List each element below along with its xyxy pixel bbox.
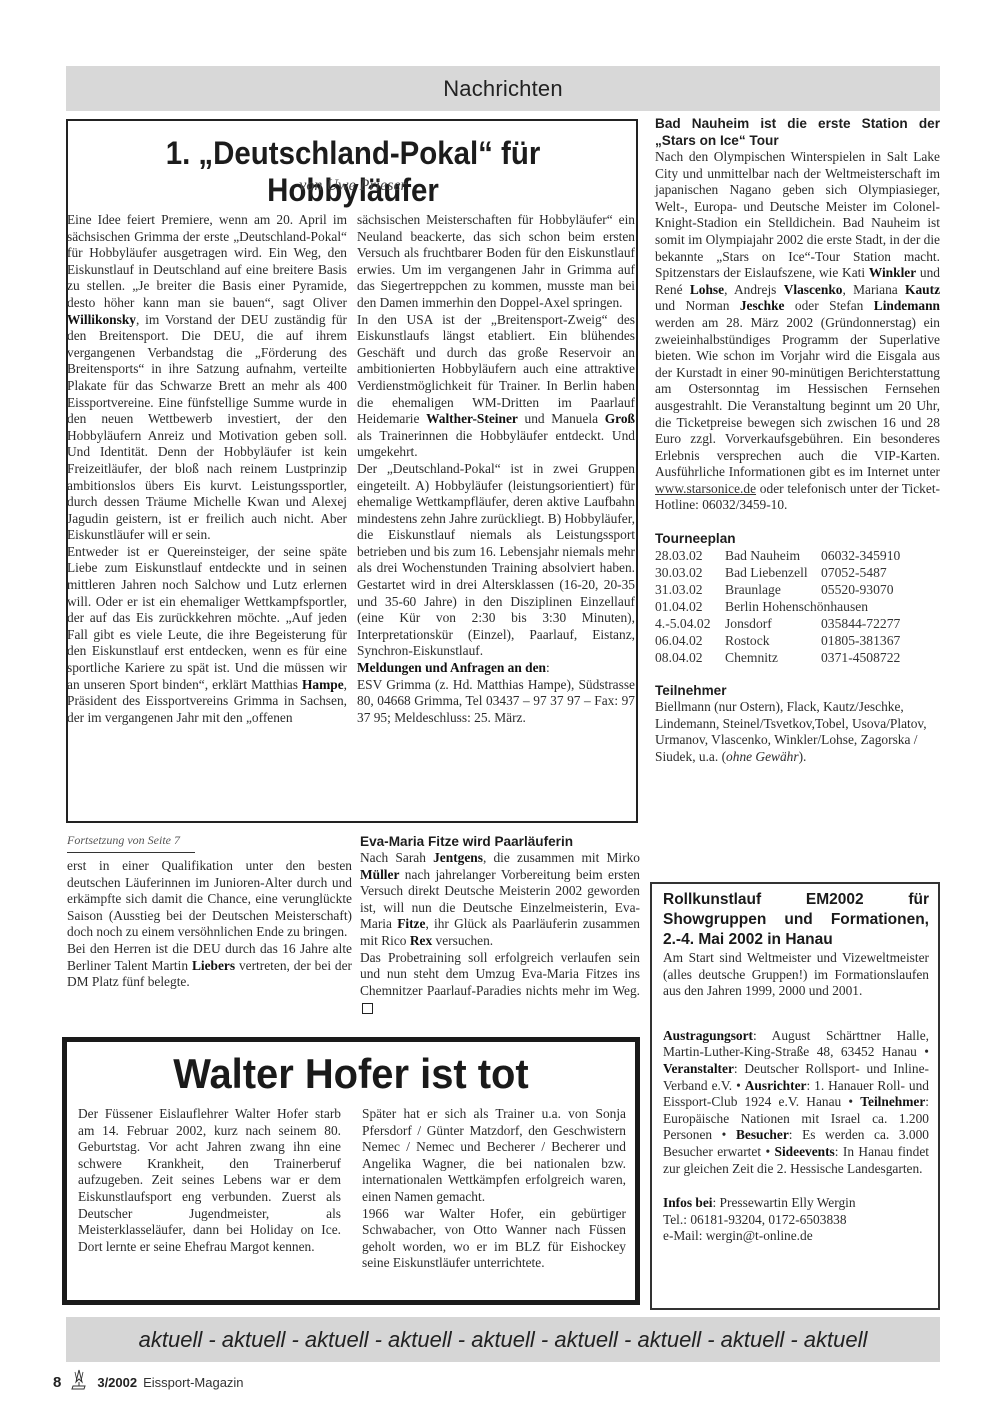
contact-info: ESV Grimma (z. Hd. Matthias Hampe), Süds… [357, 677, 635, 727]
contact-heading: Meldungen und Anfragen an den: [357, 660, 635, 677]
bold-name: Groß [605, 411, 635, 426]
paragraph: Das Probetraining soll erfolgreich verla… [360, 950, 640, 1016]
date-cell: 4.-5.04.02 [655, 615, 725, 632]
table-row: 08.04.02Chemnitz0371-4508722 [655, 649, 900, 666]
paragraph: Nach Sarah Jentgens, die zusammen mit Mi… [360, 850, 640, 950]
text-run: versuchen. [432, 933, 493, 948]
obituary-title: Walter Hofer ist tot [82, 1050, 620, 1098]
paragraph: Später hat er sich als Trainer u.a. von … [362, 1106, 626, 1206]
paragraph: Nach den Olympischen Winterspielen in Sa… [655, 149, 940, 514]
tourneeplan-table: 28.03.02Bad Nauheim06032-345910 30.03.02… [655, 547, 900, 666]
contact-info: Infos bei: Pressewartin Elly WerginTel.:… [663, 1195, 929, 1245]
text-run: und Manuela [518, 411, 605, 426]
bold-name: Vlascenko [784, 282, 843, 297]
fitze-title: Eva-Maria Fitze wird Paarläuferin [360, 833, 640, 850]
text-run: als Trainerinnen die Hobbyläufer entdeck… [357, 428, 635, 460]
bold-name: Müller [360, 867, 399, 882]
table-row: 28.03.02Bad Nauheim06032-345910 [655, 547, 900, 564]
email-text: e-Mail: wergin@t-online.de [663, 1228, 813, 1243]
page-number: 8 [53, 1374, 61, 1391]
paragraph: Der Füssener Eislauflehrer Walter Hofer … [78, 1106, 341, 1255]
phone-cell: 01805-381367 [821, 632, 900, 649]
bold-label: Teilnehmer [860, 1094, 925, 1109]
bold-name: Walther-Steiner [426, 411, 518, 426]
phone-cell: 05520-93070 [821, 581, 900, 598]
text-run: In den USA ist der „Breitensport-Zweig“ … [357, 312, 635, 427]
table-row: 01.04.02Berlin Hohenschönhausen [655, 598, 900, 615]
date-cell: 08.04.02 [655, 649, 725, 666]
obituary-column-1: Der Füssener Eislauflehrer Walter Hofer … [78, 1106, 341, 1255]
main-article-column-2: sächsischen Meisterschaften für Hobbyläu… [357, 212, 635, 726]
skater-logo-icon [67, 1368, 91, 1397]
italic-note: ohne Gewähr [726, 749, 799, 764]
bold-name: Hampe [302, 677, 344, 692]
table-row: 30.03.02Bad Liebenzell07052-5487 [655, 564, 900, 581]
text-run: Nach den Olympischen Winterspielen in Sa… [655, 149, 940, 280]
city-cell: Bad Nauheim [725, 547, 821, 564]
text-run: , die zusammen mit Mirko [483, 850, 640, 865]
bold-label: Sideevents [775, 1144, 835, 1159]
main-article-title: 1. „Deutschland-Pokal“ für Hobbyläufer [93, 135, 614, 209]
bold-label: Austragungsort [663, 1028, 753, 1043]
bold-label: Infos bei [663, 1195, 712, 1210]
date-cell: 06.04.02 [655, 632, 725, 649]
paragraph: Bei den Herren ist die DEU durch das 16 … [67, 941, 352, 991]
magazine-name: Eissport-Magazin [143, 1375, 243, 1390]
main-article-byline: von Uwe Prieser [70, 177, 636, 195]
text-run: oder Stefan [784, 298, 873, 313]
text-run: ). [799, 749, 807, 764]
city-cell: Chemnitz [725, 649, 821, 666]
paragraph: sächsischen Meisterschaften für Hobbyläu… [357, 212, 635, 312]
phone-text: Tel.: 06181-93204, 0172-6503838 [663, 1212, 847, 1227]
city-cell: Rostock [725, 632, 821, 649]
stars-title: Bad Nauheim ist die erste Station der „S… [655, 115, 940, 149]
text-run: : Pressewartin Elly Wergin [712, 1195, 855, 1210]
bold-name: Kautz [905, 282, 940, 297]
bold-name: Rex [410, 933, 432, 948]
event-details: Austragungsort: August Schärttner Halle,… [663, 1028, 929, 1177]
rollkunstlauf-title: Rollkunstlauf EM2002 für Showgruppen und… [663, 890, 929, 950]
text-run: Entweder ist er Quereinsteiger, der sein… [67, 544, 347, 692]
text-run: Das Probetraining soll erfolgreich verla… [360, 950, 640, 998]
table-row: 31.03.02Braunlage05520-93070 [655, 581, 900, 598]
continuation-label: Fortsetzung von Seite 7 [67, 833, 180, 848]
table-row: 06.04.02Rostock01805-381367 [655, 632, 900, 649]
aktuell-banner: aktuell - aktuell - aktuell - aktuell - … [66, 1317, 940, 1362]
date-cell: 31.03.02 [655, 581, 725, 598]
paragraph: erst in einer Qualifikation unter den be… [67, 858, 352, 941]
paragraph: Am Start sind Weltmeister und Vizeweltme… [663, 950, 929, 1000]
text-run: , im Vorstand der DEU zuständig für den … [67, 312, 347, 543]
bold-name: Liebers [192, 958, 235, 973]
bold-name: Jentgens [433, 850, 483, 865]
section-header: Nachrichten [66, 66, 940, 111]
tourneeplan-title: Tourneeplan [655, 530, 940, 547]
continuation-text: erst in einer Qualifikation unter den be… [67, 858, 352, 991]
bold-name: Winkler [869, 265, 916, 280]
phone-cell: 035844-72277 [821, 615, 900, 632]
phone-cell: 0371-4508722 [821, 649, 900, 666]
obituary-column-2: Später hat er sich als Trainer u.a. von … [362, 1106, 626, 1272]
text-run: werden am 28. März 2002 (Gründonnerstag)… [655, 315, 940, 479]
paragraph: In den USA ist der „Breitensport-Zweig“ … [357, 312, 635, 461]
city-cell: Jonsdorf [725, 615, 821, 632]
date-cell: 01.04.02 [655, 598, 725, 615]
bold-name: Lohse [690, 282, 724, 297]
date-cell: 30.03.02 [655, 564, 725, 581]
paragraph: 1966 war Walter Hofer, ein gebürtiger Sc… [362, 1206, 626, 1272]
issue-number: 3/2002 [97, 1375, 137, 1390]
table-row: 4.-5.04.02Jonsdorf035844-72277 [655, 615, 900, 632]
fitze-article: Eva-Maria Fitze wird Paarläuferin Nach S… [360, 833, 640, 1016]
divider [67, 852, 195, 853]
city-cell: Braunlage [725, 581, 821, 598]
bold-label: Meldungen und Anfragen an den [357, 660, 546, 675]
text-run: , Andrejs [724, 282, 784, 297]
phone-cell: 07052-5487 [821, 564, 900, 581]
end-mark-icon [362, 1003, 373, 1014]
bold-label: Besucher [736, 1127, 789, 1142]
paragraph: Der „Deutschland-Pokal“ ist in zwei Grup… [357, 461, 635, 660]
city-cell: Berlin Hohenschönhausen [725, 598, 900, 615]
date-cell: 28.03.02 [655, 547, 725, 564]
bold-name: Fitze [397, 916, 425, 931]
teilnehmer-title: Teilnehmer [655, 682, 940, 699]
bold-label: Ausrichter [745, 1078, 807, 1093]
page-footer: 8 3/2002 Eissport-Magazin [53, 1368, 244, 1397]
text-run: Nach Sarah [360, 850, 433, 865]
teilnehmer-list: Biellmann (nur Ostern), Flack, Kautz/Jes… [655, 699, 940, 765]
bold-name: Jeschke [740, 298, 785, 313]
phone-cell: 06032-345910 [821, 547, 900, 564]
main-article-column-1: Eine Idee feiert Premiere, wenn am 20. A… [67, 212, 347, 726]
section-title: Nachrichten [443, 76, 563, 102]
city-cell: Bad Liebenzell [725, 564, 821, 581]
text-run: , Mariana [842, 282, 905, 297]
stars-on-ice-article: Bad Nauheim ist die erste Station der „S… [655, 115, 940, 765]
bold-label: Veranstalter [663, 1061, 734, 1076]
bold-name: Willikonsky [67, 312, 136, 327]
banner-text: aktuell - aktuell - aktuell - aktuell - … [139, 1327, 868, 1353]
starsonice-link[interactable]: www.starsonice.de [655, 481, 756, 496]
rollkunstlauf-article: Rollkunstlauf EM2002 für Showgruppen und… [663, 890, 929, 1245]
bold-name: Lindemann [874, 298, 940, 313]
text-run: und Norman [655, 298, 740, 313]
text-run: Eine Idee feiert Premiere, wenn am 20. A… [67, 212, 347, 310]
